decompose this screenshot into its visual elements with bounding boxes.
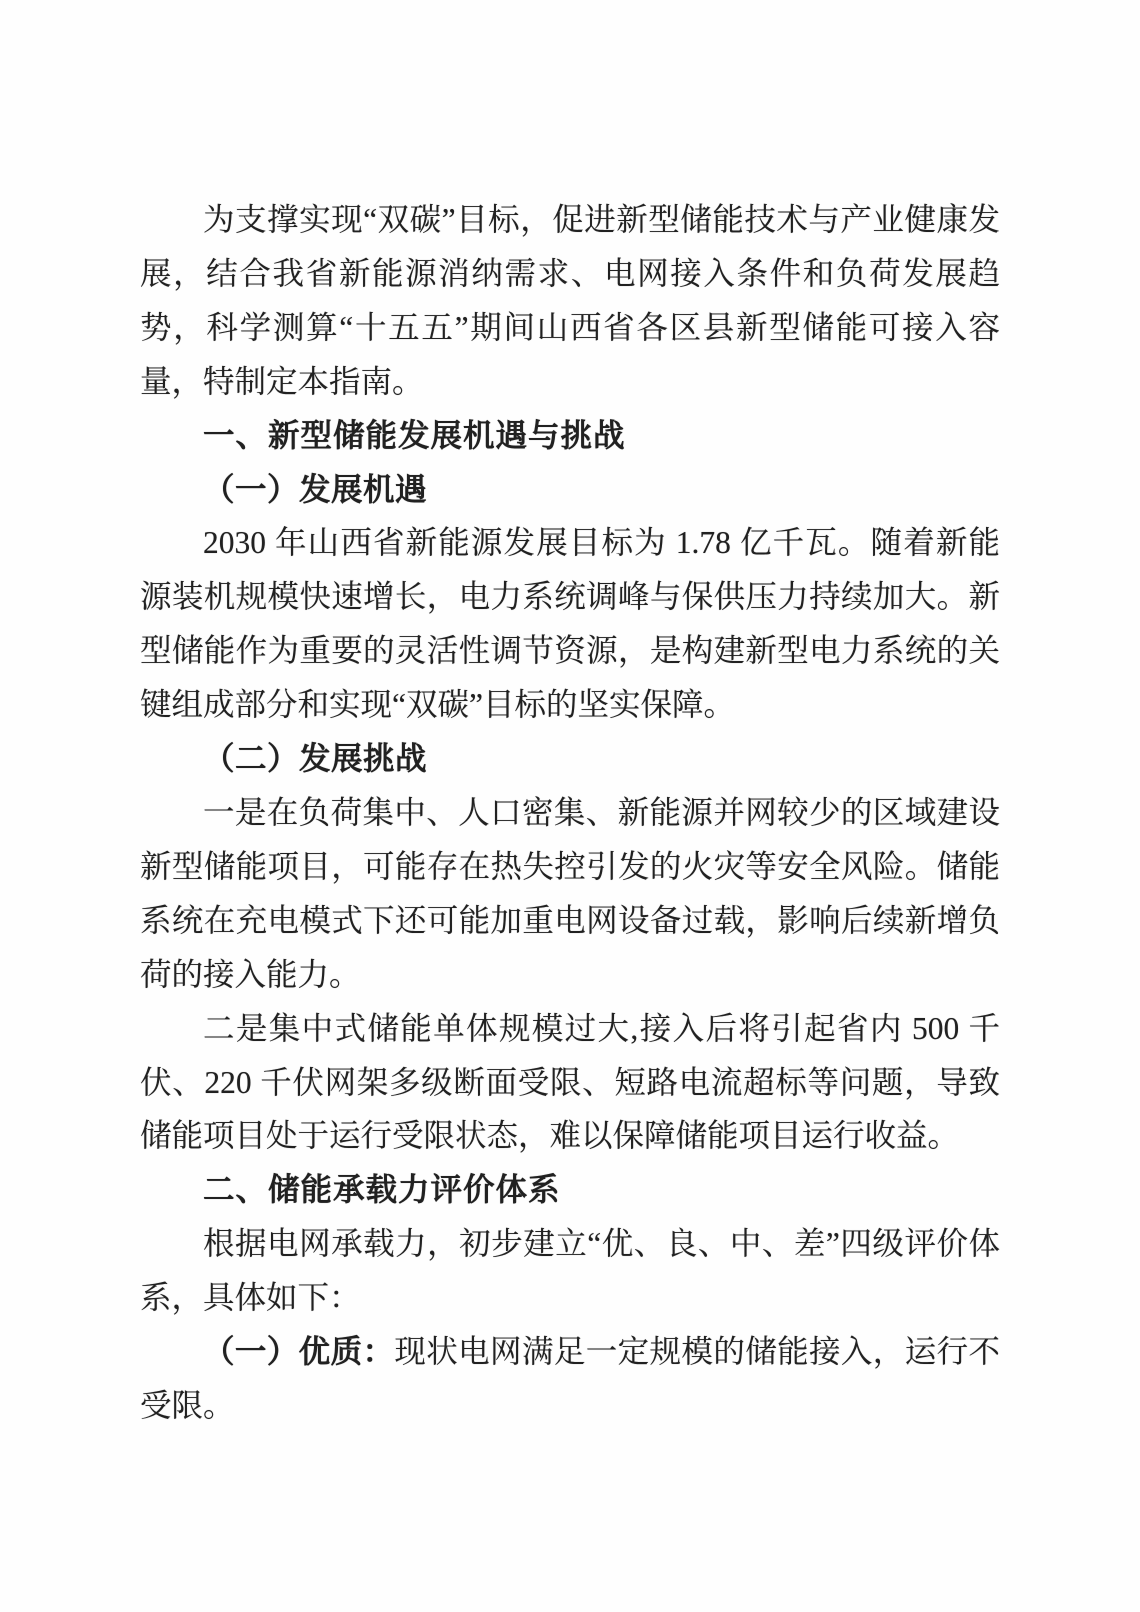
paragraph-challenge-2: 二是集中式储能单体规模过大,接入后将引起省内 500 千伏、220 千伏网架多级… — [140, 1002, 1000, 1164]
rating-excellent-label: （一）优质： — [203, 1334, 394, 1369]
paragraph-development-opportunity: 2030 年山西省新能源发展目标为 1.78 亿千瓦。随着新能源装机规模快速增长… — [140, 516, 1000, 732]
heading-subsection-1-2: （二）发展挑战 — [140, 732, 1000, 786]
heading-section-1: 一、新型储能发展机遇与挑战 — [140, 409, 1000, 463]
heading-subsection-1-1: （一）发展机遇 — [140, 463, 1000, 517]
heading-section-2: 二、储能承载力评价体系 — [140, 1163, 1000, 1217]
paragraph-rating-system-intro: 根据电网承载力，初步建立“优、良、中、差”四级评价体系，具体如下： — [140, 1217, 1000, 1325]
paragraph-challenge-1: 一是在负荷集中、人口密集、新能源并网较少的区域建设新型储能项目，可能存在热失控引… — [140, 786, 1000, 1002]
paragraph-intro: 为支撑实现“双碳”目标，促进新型储能技术与产业健康发展，结合我省新能源消纳需求、… — [140, 193, 1000, 409]
document-page: 为支撑实现“双碳”目标，促进新型储能技术与产业健康发展，结合我省新能源消纳需求、… — [0, 0, 1140, 1612]
paragraph-rating-excellent: （一）优质：现状电网满足一定规模的储能接入，运行不受限。 — [140, 1325, 1000, 1433]
